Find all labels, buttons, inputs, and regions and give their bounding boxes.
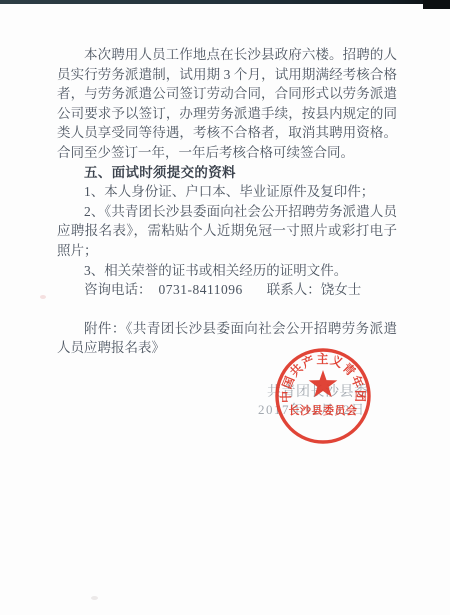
list-item-2: 2、《共青团长沙县委面向社会公开招聘劳务派遣人员应聘报名表》，需粘贴个人近期免冠… — [57, 202, 397, 261]
section-heading: 五、面试时须提交的资料 — [57, 163, 397, 183]
scan-corner-artifact — [423, 0, 450, 9]
official-seal: 中国共产主义青年团 长沙县委员会 — [248, 321, 398, 471]
contact-person-label: 联系人： — [267, 282, 321, 297]
document-body: 本次聘用人员工作地点在长沙县政府六楼。招聘的人员实行劳务派遣制，试用期 3 个月… — [57, 45, 397, 358]
contact-phone-label: 咨询电话： — [84, 282, 152, 297]
list-item-1: 1、本人身份证、户口本、毕业证原件及复印件； — [57, 182, 397, 202]
scan-smudge — [40, 295, 46, 299]
scan-smudge — [91, 596, 98, 600]
scan-edge-artifact-top — [0, 0, 450, 4]
seal-bottom-text: 长沙县委员会 — [289, 403, 358, 417]
contact-person-name: 饶女士 — [321, 282, 362, 297]
list-item-3: 3、相关荣誉的证书或相关经历的证明文件。 — [57, 261, 397, 281]
contact-line: 咨询电话：0731-8411096联系人：饶女士 — [57, 280, 397, 300]
seal-star — [309, 370, 338, 397]
scanned-document-page: 本次聘用人员工作地点在长沙县政府六楼。招聘的人员实行劳务派遣制，试用期 3 个月… — [0, 0, 450, 615]
paragraph-employment-terms: 本次聘用人员工作地点在长沙县政府六楼。招聘的人员实行劳务派遣制，试用期 3 个月… — [57, 45, 397, 163]
contact-phone-number: 0731-8411096 — [159, 282, 243, 297]
